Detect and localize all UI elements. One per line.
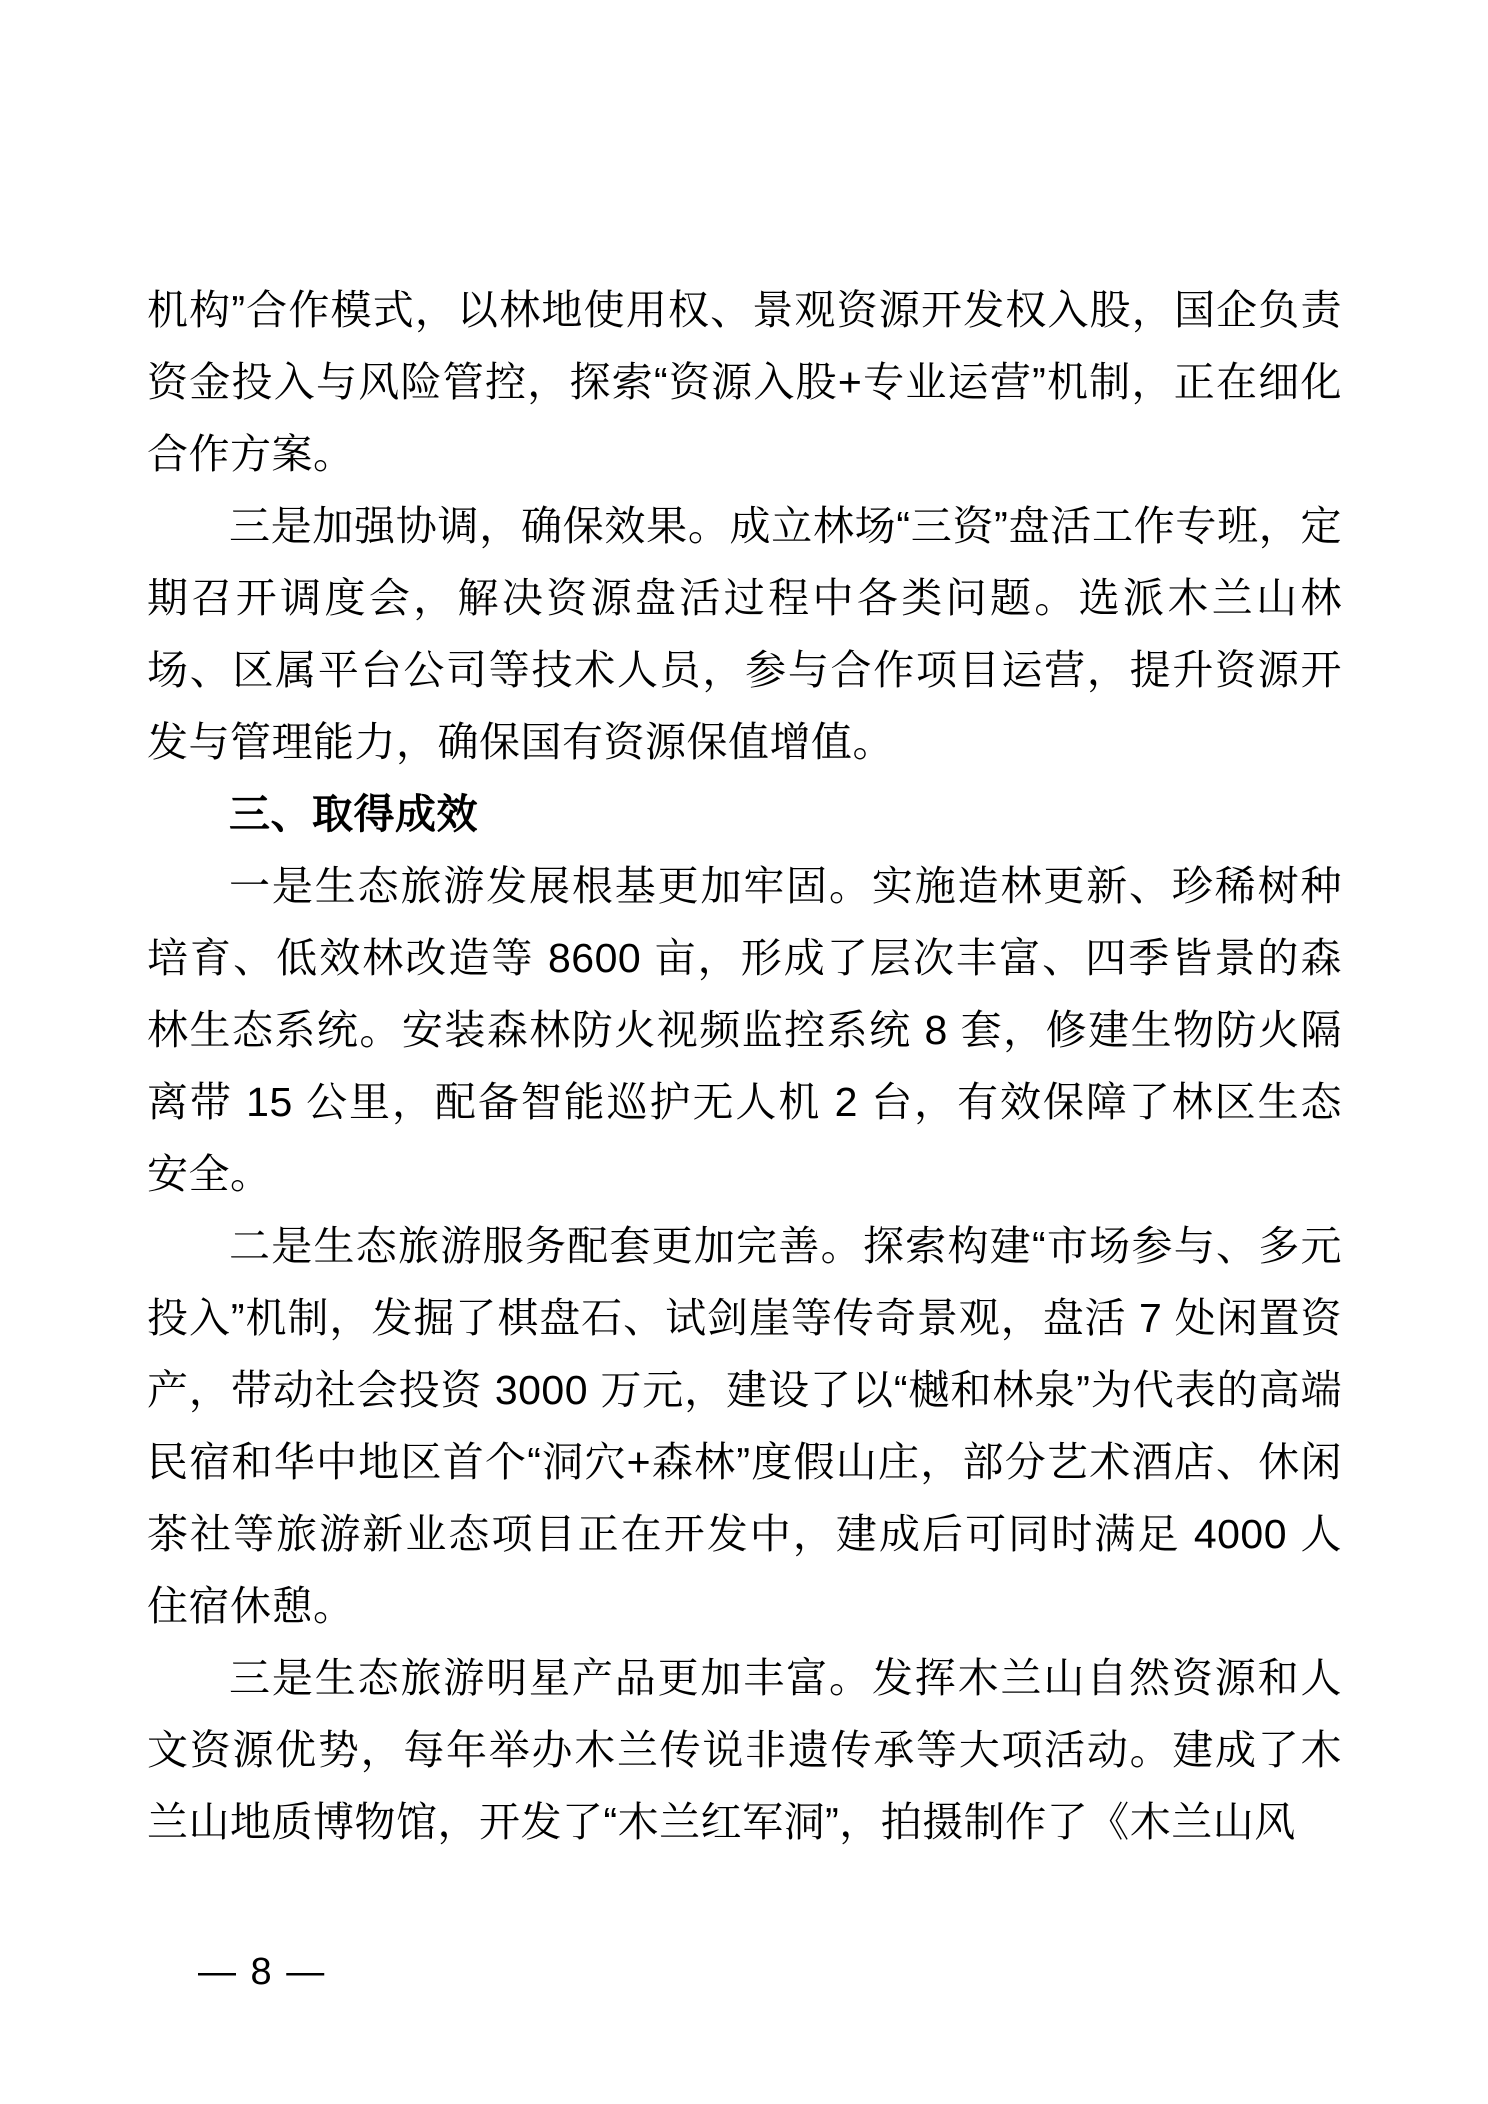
section-heading: 三、取得成效 <box>147 778 1342 850</box>
paragraph: 三是生态旅游明星产品更加丰富。发挥木兰山自然资源和人文资源优势，每年举办木兰传说… <box>147 1642 1342 1858</box>
paragraph: 二是生态旅游服务配套更加完善。探索构建“市场参与、多元投入”机制，发掘了棋盘石、… <box>147 1210 1342 1642</box>
document-body: 机构”合作模式，以林地使用权、景观资源开发权入股，国企负责资金投入与风险管控，探… <box>147 274 1342 1858</box>
paragraph: 一是生态旅游发展根基更加牢固。实施造林更新、珍稀树种培育、低效林改造等 8600… <box>147 850 1342 1210</box>
document-page: 机构”合作模式，以林地使用权、景观资源开发权入股，国企负责资金投入与风险管控，探… <box>0 0 1488 2104</box>
paragraph-continuation: 机构”合作模式，以林地使用权、景观资源开发权入股，国企负责资金投入与风险管控，探… <box>147 274 1342 490</box>
page-footer: — 8 — <box>198 1948 326 1996</box>
page-number: — 8 — <box>198 1951 326 1993</box>
paragraph: 三是加强协调，确保效果。成立林场“三资”盘活工作专班，定期召开调度会，解决资源盘… <box>147 490 1342 778</box>
